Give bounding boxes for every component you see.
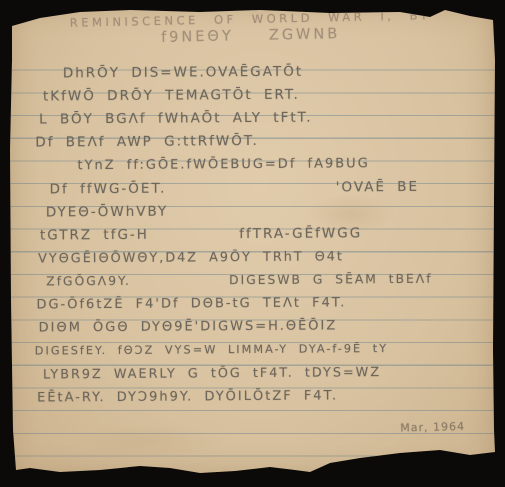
syllabary-line: DG-Ōf6tZĒ F4'Df DΘB-tG TEΛt F4T. — [36, 290, 492, 316]
syllabary-line: ZfGŌGΛ9Y. DIGESWB G SĒAM tBEΛf — [46, 267, 492, 293]
syllabary-line: EĒtA-RY. DYƆ9h9Y. DYŌILŌtZF F4T. — [37, 383, 493, 409]
syllabary-line: LYBR9Z WAERLY G tŌG tF4T. tDYS=WZ — [43, 360, 493, 386]
syllabary-line: L BŌY BGΛf fWhAŌt ALY tFtT. — [39, 105, 491, 131]
syllabary-line: DYEΘ-ŌWhVBY — [46, 197, 492, 223]
syllabary-line: tGTRZ tfG-H ffTRA-GĒfWGG — [40, 221, 492, 247]
date-note: Mar, 1964 — [400, 420, 465, 435]
syllabary-line: tKfWŌ DRŌY TEMAGTŌt ERT. — [43, 82, 491, 108]
syllabary-line: DIΘM ŌGΘ DYΘ9Ē'DIGWS=H.ΘĒŌIZ — [39, 313, 493, 339]
syllabary-line: DIGESfEY. fΘƆZ VYS=W LIMMA-Y DYA-f-9Ē tY — [35, 337, 493, 363]
title-block: REMINISCENCE OF WORLD WAR I, BY f9NEΘY Z… — [4, 7, 497, 49]
syllabary-line: tYnZ ff:GŌE.fWŌEBUG=Df fA9BUG — [77, 151, 491, 177]
syllabary-line: Df BEΛf AWP G:ttRfWŌT. — [35, 128, 491, 154]
syllabary-line: Df ffWG-ŌET. 'OVAĒ BE — [50, 174, 492, 200]
scanned-document: REMINISCENCE OF WORLD WAR I, BY f9NEΘY Z… — [0, 0, 505, 487]
handwriting-layer: REMINISCENCE OF WORLD WAR I, BY f9NEΘY Z… — [4, 2, 499, 479]
syllabary-line: VYΘGĒIΘŌWΘY,D4Z A9ŌY TRhT Θ4t — [38, 244, 492, 270]
handwritten-body: DhRŌY DIS=WE.OVAĒGATŌttKfWŌ DRŌY TEMAGTŌ… — [19, 58, 493, 409]
syllabary-line: DhRŌY DIS=WE.OVAĒGATŌt — [63, 58, 491, 84]
paper-sheet: REMINISCENCE OF WORLD WAR I, BY f9NEΘY Z… — [6, 4, 498, 478]
